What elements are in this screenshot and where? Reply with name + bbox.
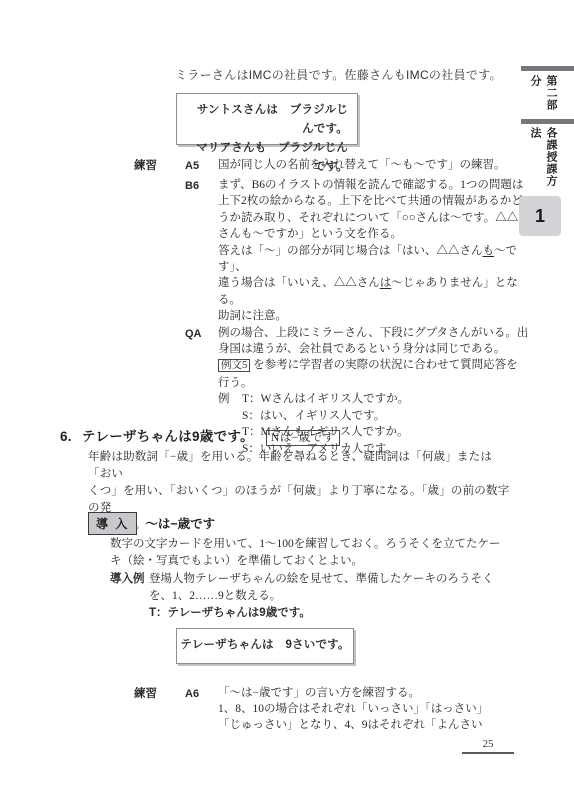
practice-item-id-a6: A6	[185, 686, 199, 702]
body-line: 国が同じ人の名前を入れ替えて「〜も〜です」の練習。	[218, 157, 534, 173]
reference-box: 例文5	[218, 359, 250, 372]
body-line: 年齢は助数詞「−歳」を用いる。年齢を尋ねるとき、疑問詞は「何歳」または「おい	[88, 449, 512, 483]
intro-body: 数字の文字カードを用いて、1〜100を練習しておく。ろうそくを立てたケー キ（絵…	[110, 536, 510, 570]
teacher-line: T：テレーザちゃんは9歳です。	[149, 605, 520, 622]
page-number-rule	[462, 752, 514, 754]
intro-label-row: 導 入〜は−歳です	[88, 512, 215, 535]
body-line: 行う。	[218, 375, 534, 391]
body-line: 身国は違うが、会社員であるという身分は同じである。	[218, 341, 534, 357]
body-line: 数字の文字カードを用いて、1〜100を練習しておく。ろうそくを立てたケー	[110, 536, 510, 553]
example-speech-box-2: テレーザちゃんは 9さいです。	[176, 628, 354, 664]
section-number: 6.	[60, 429, 72, 444]
body-line: 「〜は−歳です」の言い方を練習する。	[218, 685, 534, 701]
body-line: 「じゅっさい」となり、4、9はそれぞれ「よんさい	[218, 717, 534, 733]
dialogue-line: 例T：Wさんはイギリス人ですか。	[218, 391, 534, 407]
section-title: テレーザちゃんは9歳です。	[82, 429, 254, 444]
text-segment: を参考に学習者の実際の状況に合わせて質問応答を	[253, 359, 518, 371]
dialogue-text: T：Wさんはイギリス人ですか。	[242, 393, 409, 405]
intro-example-label: 導入例	[110, 571, 145, 588]
intro-example: 導入例 登場人物テレーザちゃんの絵を見せて、準備したケーキのろうそく を、1、2…	[110, 571, 520, 622]
intro-label-chip: 導 入	[88, 512, 137, 535]
example-label: 例	[218, 391, 242, 407]
sidebar-part-label: 第二部分	[527, 75, 559, 119]
text-segment: 違う場合は「いいえ、△△さん	[218, 277, 380, 289]
practice-item-id-qa: QA	[185, 326, 202, 342]
speech-box-line: テレーザちゃんは 9さいです。	[177, 629, 353, 662]
section-heading: 6.テレーザちゃんは9歳です。Nは−歳です	[60, 425, 340, 445]
intro-pattern: 〜は−歳です	[145, 517, 215, 531]
speech-box-line: サントスさんは ブラジルじんです。	[186, 101, 348, 139]
body-line: 登場人物テレーザちゃんの絵を見せて、準備したケーキのろうそく	[149, 571, 520, 588]
chapter-number-tab: 1	[519, 196, 561, 236]
underlined-particle: も	[483, 245, 495, 257]
pattern-box: Nは−歳です	[266, 430, 340, 446]
dialogue-line: S：はい、イギリス人です。	[242, 408, 534, 424]
practice-block-2: 練習 A6 「〜は−歳です」の言い方を練習する。 1、8、10の場合はそれぞれ「…	[134, 685, 534, 734]
practice-label: 練習	[134, 686, 157, 702]
body-line: 違う場合は「いいえ、△△さんは〜じゃありません」となる。	[218, 275, 534, 308]
body-line: キ（絵・写真でもよい）を準備しておくとよい。	[110, 553, 510, 570]
sidebar-divider-bar	[521, 66, 574, 71]
practice-item-id-a5: A5	[185, 158, 199, 174]
practice-label: 練習	[134, 158, 157, 174]
practice-block-1: 練習 A5 B6 QA 国が同じ人の名前を入れ替えて「〜も〜です」の練習。 まず…	[134, 157, 534, 457]
body-line: 上下2枚の絵からなる。上下を比べて共通の情報があるかど	[218, 193, 534, 209]
example-speech-box: サントスさんは ブラジルじんです。 マリアさんも ブラジルじんです。	[176, 93, 358, 145]
body-line: 助詞に注意。	[218, 308, 534, 324]
body-line: うか読み取り、それぞれについて「○○さんは〜です。△△	[218, 210, 534, 226]
body-line: 1、8、10の場合はそれぞれ「いっさい」「はっさい」	[218, 701, 534, 717]
document-page: ミラーさんはIMCの社員です。佐藤さんもIMCの社員です。 サントスさんは ブラ…	[0, 0, 574, 800]
practice-item-id-b6: B6	[185, 178, 199, 194]
body-line: 答えは「〜」の部分が同じ場合は「はい、△△さんも〜です」、	[218, 243, 534, 276]
text-segment: 答えは「〜」の部分が同じ場合は「はい、△△さん	[218, 245, 483, 257]
body-line: 例文5 を参考に学習者の実際の状況に合わせて質問応答を	[218, 357, 534, 374]
intro-sentence: ミラーさんはIMCの社員です。佐藤さんもIMCの社員です。	[175, 66, 502, 83]
body-line: まず、B6のイラストの情報を読んで確認する。1つの問題は	[218, 177, 534, 193]
sidebar-divider-bar	[521, 119, 574, 124]
sidebar-section-label: 各課授課方法	[527, 127, 559, 191]
underlined-particle: は	[380, 277, 392, 289]
body-line: 例の場合、上段にミラーさん、下段にグプタさんがいる。出	[218, 325, 534, 341]
page-number: 25	[463, 738, 513, 750]
body-line: さんも〜ですか」という文を作る。	[218, 226, 534, 242]
body-line: を、1、2……9と数える。	[149, 588, 520, 605]
